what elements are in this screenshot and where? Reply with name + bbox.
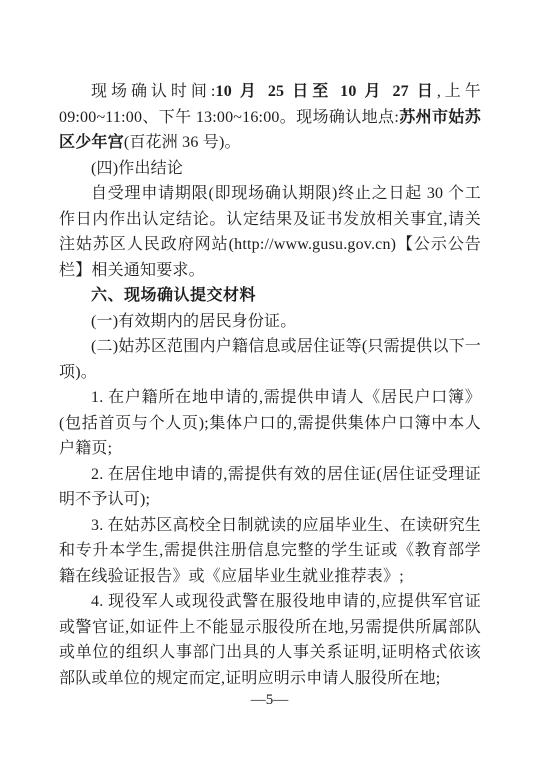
paragraph: (一)有效期内的居民身份证。	[59, 309, 481, 335]
paragraph: (四)作出结论	[59, 156, 481, 182]
text-run: (一)有效期内的居民身份证。	[91, 313, 296, 330]
text-run: (四)作出结论	[91, 160, 183, 177]
text-run: (百花洲 36 号)。	[124, 134, 241, 151]
text-run: 自受理申请期限(即现场确认期限)终止之日起 30 个工作日内作出认定结论。认定结…	[59, 185, 481, 279]
section-heading: 六、现场确认提交材料	[59, 283, 481, 309]
paragraph: 现场确认时间:10 月 25 日至 10 月 27 日,上午 09:00~11:…	[59, 79, 481, 156]
text-run: 1. 在户籍所在地申请的,需提供申请人《居民户口簿》(包括首页与个人页);集体户…	[59, 389, 481, 457]
paragraph: 3. 在姑苏区高校全日制就读的应届毕业生、在读研究生和专升本学生,需提供注册信息…	[59, 513, 481, 590]
document-body: 现场确认时间:10 月 25 日至 10 月 27 日,上午 09:00~11:…	[59, 79, 481, 691]
text-run: 3. 在姑苏区高校全日制就读的应届毕业生、在读研究生和专升本学生,需提供注册信息…	[59, 517, 481, 585]
bold-text-run: 10 月 25 日至 10 月 27 日	[216, 83, 437, 100]
page-footer: —5—	[0, 691, 539, 709]
page-number: —5—	[251, 692, 289, 708]
text-run: 2. 在居住地申请的,需提供有效的居住证(居住证受理证明不予认可);	[59, 466, 481, 509]
text-run: 4. 现役军人或现役武警在服役地申请的,应提供军官证或警官证,如证件上不能显示服…	[59, 593, 481, 687]
document-page: 现场确认时间:10 月 25 日至 10 月 27 日,上午 09:00~11:…	[0, 0, 539, 762]
bold-text-run: 六、现场确认提交材料	[91, 287, 256, 304]
paragraph: 自受理申请期限(即现场确认期限)终止之日起 30 个工作日内作出认定结论。认定结…	[59, 181, 481, 283]
text-run: 现场确认时间:	[91, 83, 216, 100]
paragraph: 2. 在居住地申请的,需提供有效的居住证(居住证受理证明不予认可);	[59, 462, 481, 513]
text-run: (二)姑苏区范围内户籍信息或居住证等(只需提供以下一项)。	[59, 338, 481, 381]
paragraph: (二)姑苏区范围内户籍信息或居住证等(只需提供以下一项)。	[59, 334, 481, 385]
paragraph: 1. 在户籍所在地申请的,需提供申请人《居民户口簿》(包括首页与个人页);集体户…	[59, 385, 481, 462]
paragraph: 4. 现役军人或现役武警在服役地申请的,应提供军官证或警官证,如证件上不能显示服…	[59, 589, 481, 691]
